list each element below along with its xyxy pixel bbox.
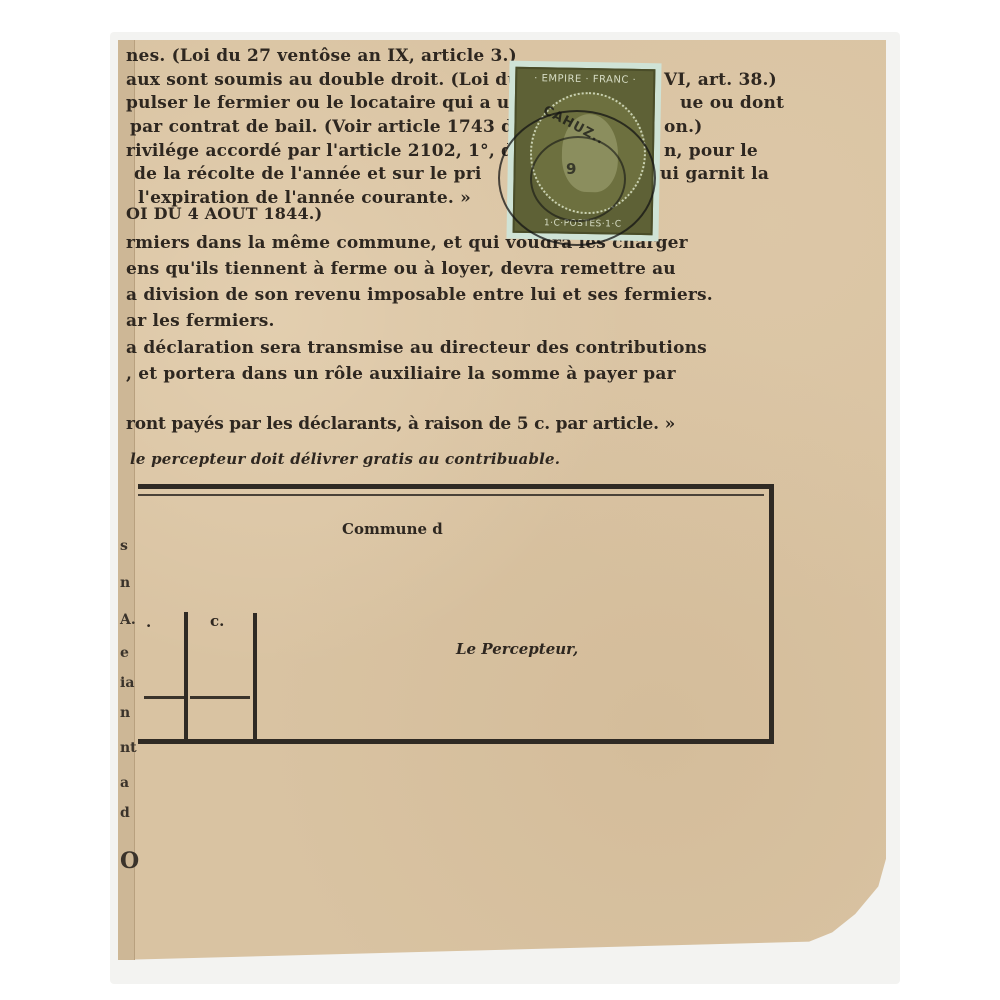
receipt-form-frame bbox=[138, 484, 774, 744]
text-line: a déclaration sera transmise au directeu… bbox=[126, 338, 707, 358]
text-line: de la récolte de l'année et sur le pri bbox=[134, 164, 482, 184]
text-line: , et portera dans un rôle auxiliaire la … bbox=[126, 364, 676, 384]
text-line: nes. (Loi du 27 ventôse an IX, article 3… bbox=[126, 46, 517, 66]
francs-label: . bbox=[146, 613, 151, 631]
text-line: ens qu'ils tiennent à ferme ou à loyer, … bbox=[126, 259, 676, 279]
text-line: aux sont soumis au double droit. (Loi du… bbox=[126, 70, 538, 90]
side-letter: O bbox=[120, 848, 139, 874]
amount-rule bbox=[190, 696, 250, 699]
frame-inner-rule bbox=[138, 494, 764, 496]
text-line: ront payés par les déclarants, à raison … bbox=[126, 414, 675, 434]
amount-rule bbox=[144, 696, 184, 699]
side-letter: s bbox=[120, 538, 128, 554]
side-letter: d bbox=[120, 805, 130, 821]
side-letter: a bbox=[120, 775, 129, 791]
signature-label: Le Percepteur, bbox=[456, 640, 578, 658]
text-fragment: VI, art. 38.) bbox=[664, 70, 777, 90]
text-line: par contrat de bail. (Voir article 1743 … bbox=[130, 117, 513, 137]
text-fragment: ue ou dont bbox=[680, 93, 784, 113]
column-rule bbox=[253, 613, 257, 741]
side-letter: n bbox=[120, 575, 130, 591]
text-line: pulser le fermier ou le locataire qui a … bbox=[126, 93, 522, 113]
text-fragment: n, pour le bbox=[664, 141, 758, 161]
postmark-inner-ring bbox=[530, 136, 626, 222]
law-heading: OI DU 4 AOUT 1844.) bbox=[126, 204, 322, 223]
column-rule bbox=[184, 612, 188, 742]
text-fragment: ui garnit la bbox=[660, 164, 769, 184]
text-line: rivilége accordé par l'article 2102, 1°,… bbox=[126, 141, 513, 161]
folded-edge-strip bbox=[118, 40, 135, 960]
side-letter: n bbox=[120, 705, 130, 721]
text-line: a division de son revenu imposable entre… bbox=[126, 285, 713, 305]
italic-note: le percepteur doit délivrer gratis au co… bbox=[130, 450, 560, 468]
text-line: ar les fermiers. bbox=[126, 311, 275, 331]
commune-label: Commune d bbox=[342, 520, 443, 538]
side-letter: nt bbox=[120, 740, 137, 756]
side-letter: A. bbox=[120, 612, 136, 628]
side-letter: ia bbox=[120, 675, 134, 691]
stamp-top-text: · EMPIRE · FRANC · bbox=[517, 73, 653, 86]
side-letter: e bbox=[120, 645, 129, 661]
postmark-day: 9 bbox=[566, 160, 576, 178]
centimes-label: c. bbox=[210, 612, 224, 630]
text-fragment: on.) bbox=[664, 117, 702, 137]
